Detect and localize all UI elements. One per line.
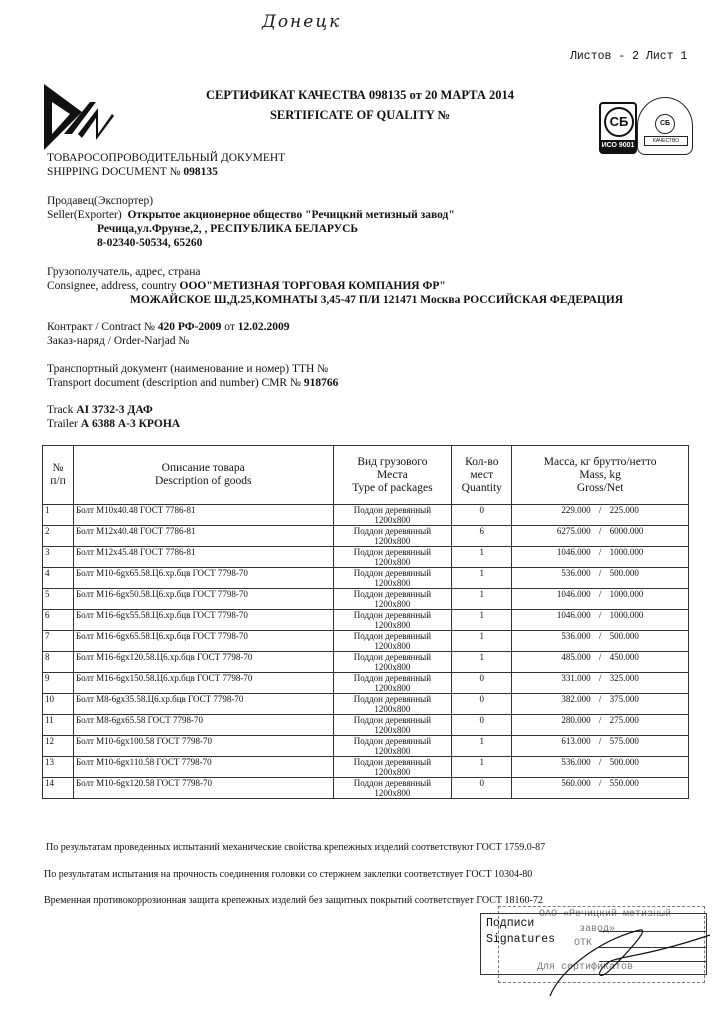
- gross-mass: 560.000: [561, 778, 590, 788]
- handwritten-signature: [540, 920, 720, 1000]
- row-package: Поддон деревянный1200х800: [333, 631, 452, 652]
- consignee-address: МОЖАЙСКОЕ Ш,Д.25,КОМНАТЫ 3,45-47 П/И 121…: [130, 294, 623, 306]
- net-mass: 1000.000: [610, 547, 644, 557]
- handwritten-city-note: Донецк: [262, 12, 341, 32]
- transport-label-ru: Транспортный документ (наименование и но…: [47, 362, 328, 376]
- net-mass: 500.000: [610, 568, 639, 578]
- row-package: Поддон деревянный1200х800: [333, 778, 452, 799]
- row-quantity: 0: [452, 505, 512, 526]
- sheet-info: Листов - 2 Лист 1: [570, 50, 687, 63]
- row-description: Болт М10-6gх65.58.Ц6.хр.бцв ГОСТ 7798-70: [73, 568, 333, 589]
- row-mass: 536.000 / 500.000: [512, 631, 689, 652]
- row-num: 9: [43, 673, 74, 694]
- gross-mass: 536.000: [561, 757, 590, 767]
- quality-mark-seal-icon: СБ КАЧЕСТВО: [637, 97, 693, 155]
- row-mass: 560.000 / 550.000: [512, 778, 689, 799]
- row-num: 10: [43, 694, 74, 715]
- seller-name: Открытое акционерное общество "Речицкий …: [127, 209, 454, 221]
- net-mass: 575.000: [610, 736, 639, 746]
- net-mass: 275.000: [610, 715, 639, 725]
- net-mass: 450.000: [610, 652, 639, 662]
- note-head-strength: По результатам испытания на прочность со…: [44, 868, 532, 882]
- row-quantity: 1: [452, 568, 512, 589]
- table-row: 7Болт М16-6gх65.58.Ц6.хр.бцв ГОСТ 7798-7…: [43, 631, 689, 652]
- row-quantity: 0: [452, 778, 512, 799]
- net-mass: 550.000: [610, 778, 639, 788]
- table-row: 5Болт М16-6gх50.58.Ц6.хр.бцв ГОСТ 7798-7…: [43, 589, 689, 610]
- row-mass: 229.000 / 225.000: [512, 505, 689, 526]
- note-mechanical: По результатам проведенных испытаний мех…: [46, 841, 545, 855]
- net-mass: 1000.000: [610, 610, 644, 620]
- net-mass: 1000.000: [610, 589, 644, 599]
- row-description: Болт М10х40.48 ГОСТ 7786-81: [73, 505, 333, 526]
- contract-from-label: от: [224, 321, 235, 333]
- row-package: Поддон деревянный1200х800: [333, 652, 452, 673]
- net-mass: 375.000: [610, 694, 639, 704]
- gross-mass: 485.000: [561, 652, 590, 662]
- table-row: 12Болт М10-6gх100.58 ГОСТ 7798-70Поддон …: [43, 736, 689, 757]
- seller-line: Seller(Exporter) Открытое акционерное об…: [47, 208, 455, 222]
- net-mass: 225.000: [610, 505, 639, 515]
- net-mass: 500.000: [610, 631, 639, 641]
- consignee-label-en: Consignee, address, country: [47, 280, 177, 292]
- row-mass: 382.000 / 375.000: [512, 694, 689, 715]
- note-corrosion: Временная противокоррозионная защита кре…: [44, 894, 543, 908]
- row-package: Поддон деревянный1200х800: [333, 568, 452, 589]
- row-package: Поддон деревянный1200х800: [333, 505, 452, 526]
- row-quantity: 1: [452, 652, 512, 673]
- row-mass: 485.000 / 450.000: [512, 652, 689, 673]
- row-package: Поддон деревянный1200х800: [333, 589, 452, 610]
- contract-number: 420 РФ-2009: [158, 321, 222, 333]
- row-quantity: 1: [452, 736, 512, 757]
- consignee-label-ru: Грузополучатель, адрес, страна: [47, 265, 201, 279]
- contract-label: Контракт / Contract №: [47, 321, 155, 333]
- row-package: Поддон деревянный1200х800: [333, 526, 452, 547]
- row-num: 11: [43, 715, 74, 736]
- certification-badges: СБ ИСО 9001 СБ КАЧЕСТВО: [597, 97, 707, 155]
- shipping-doc-label-ru: ТОВАРОСОПРОВОДИТЕЛЬНЫЙ ДОКУМЕНТ: [47, 151, 285, 165]
- row-description: Болт М16-6gх65.58.Ц6.хр.бцв ГОСТ 7798-70: [73, 631, 333, 652]
- table-row: 8Болт М16-6gх120.58.Ц6.хр.бцв ГОСТ 7798-…: [43, 652, 689, 673]
- row-mass: 536.000 / 500.000: [512, 568, 689, 589]
- seller-label-ru: Продавец(Экспортер): [47, 194, 153, 208]
- consignee-line: Consignee, address, country ООО"МЕТИЗНАЯ…: [47, 279, 446, 293]
- row-description: Болт М10-6gх120.58 ГОСТ 7798-70: [73, 778, 333, 799]
- table-row: 10Болт М8-6gх35.58.Ц6.хр.бцв ГОСТ 7798-7…: [43, 694, 689, 715]
- header-pkg: Вид грузовогоМестаType of packages: [333, 446, 452, 505]
- trailer-label: Trailer: [47, 418, 78, 430]
- gross-mass: 229.000: [561, 505, 590, 515]
- row-quantity: 1: [452, 547, 512, 568]
- net-mass: 325.000: [610, 673, 639, 683]
- row-description: Болт М10-6gх110.58 ГОСТ 7798-70: [73, 757, 333, 778]
- row-quantity: 1: [452, 610, 512, 631]
- row-description: Болт М10-6gх100.58 ГОСТ 7798-70: [73, 736, 333, 757]
- header-desc: Описание товараDescription of goods: [73, 446, 333, 505]
- header-num: №п/п: [43, 446, 74, 505]
- row-description: Болт М16-6gх150.58.Ц6.хр.бцв ГОСТ 7798-7…: [73, 673, 333, 694]
- table-row: 14Болт М10-6gх120.58 ГОСТ 7798-70Поддон …: [43, 778, 689, 799]
- row-num: 3: [43, 547, 74, 568]
- transport-label-en: Transport document (description and numb…: [47, 377, 301, 389]
- goods-table: №п/п Описание товараDescription of goods…: [42, 445, 689, 799]
- gross-mass: 1046.000: [557, 610, 591, 620]
- table-row: 13Болт М10-6gх110.58 ГОСТ 7798-70Поддон …: [43, 757, 689, 778]
- order-label: Заказ-наряд / Order-Narjad №: [47, 334, 189, 348]
- row-description: Болт М16-6gх50.58.Ц6.хр.бцв ГОСТ 7798-70: [73, 589, 333, 610]
- row-num: 5: [43, 589, 74, 610]
- row-quantity: 0: [452, 673, 512, 694]
- row-description: Болт М16-6gх120.58.Ц6.хр.бцв ГОСТ 7798-7…: [73, 652, 333, 673]
- row-num: 12: [43, 736, 74, 757]
- gross-mass: 1046.000: [557, 547, 591, 557]
- row-num: 4: [43, 568, 74, 589]
- net-mass: 500.000: [610, 757, 639, 767]
- contract-line: Контракт / Contract № 420 РФ-2009 от 12.…: [47, 320, 290, 334]
- row-num: 8: [43, 652, 74, 673]
- row-num: 14: [43, 778, 74, 799]
- net-mass: 6000.000: [610, 526, 644, 536]
- gross-mass: 1046.000: [557, 589, 591, 599]
- table-row: 11Болт М8-6gх65.58 ГОСТ 7798-70Поддон де…: [43, 715, 689, 736]
- row-package: Поддон деревянный1200х800: [333, 736, 452, 757]
- shipping-doc-label-en: SHIPPING DOCUMENT №: [47, 166, 180, 178]
- row-package: Поддон деревянный1200х800: [333, 673, 452, 694]
- row-mass: 280.000 / 275.000: [512, 715, 689, 736]
- row-description: Болт М16-6gх55.58.Ц6.хр.бцв ГОСТ 7798-70: [73, 610, 333, 631]
- gross-mass: 536.000: [561, 631, 590, 641]
- gross-mass: 331.000: [561, 673, 590, 683]
- table-row: 3Болт М12х45.48 ГОСТ 7786-81Поддон дерев…: [43, 547, 689, 568]
- row-quantity: 1: [452, 589, 512, 610]
- signatures-label-ru: Подписи: [486, 917, 534, 930]
- contract-date: 12.02.2009: [238, 321, 290, 333]
- table-row: 9Болт М16-6gх150.58.Ц6.хр.бцв ГОСТ 7798-…: [43, 673, 689, 694]
- seller-address: Речица,ул.Фрунзе,2, , РЕСПУБЛИКА БЕЛАРУС…: [97, 223, 358, 235]
- row-package: Поддон деревянный1200х800: [333, 715, 452, 736]
- row-package: Поддон деревянный1200х800: [333, 610, 452, 631]
- track-label: Track: [47, 404, 73, 416]
- track-value: AI 3732-3 ДАФ: [76, 404, 152, 416]
- row-mass: 6275.000 / 6000.000: [512, 526, 689, 547]
- seller-label-en: Seller(Exporter): [47, 209, 122, 221]
- row-num: 7: [43, 631, 74, 652]
- row-package: Поддон деревянный1200х800: [333, 547, 452, 568]
- table-row: 6Болт М16-6gх55.58.Ц6.хр.бцв ГОСТ 7798-7…: [43, 610, 689, 631]
- stb-iso-9001-icon: СБ ИСО 9001: [599, 102, 637, 154]
- row-package: Поддон деревянный1200х800: [333, 757, 452, 778]
- row-quantity: 1: [452, 757, 512, 778]
- gross-mass: 613.000: [561, 736, 590, 746]
- row-mass: 1046.000 / 1000.000: [512, 589, 689, 610]
- gross-mass: 6275.000: [557, 526, 591, 536]
- row-num: 2: [43, 526, 74, 547]
- row-package: Поддон деревянный1200х800: [333, 694, 452, 715]
- row-num: 13: [43, 757, 74, 778]
- row-mass: 1046.000 / 1000.000: [512, 610, 689, 631]
- gross-mass: 280.000: [561, 715, 590, 725]
- trailer-value: А 6388 А-3 КРОНА: [81, 418, 180, 430]
- table-header-row: №п/п Описание товараDescription of goods…: [43, 446, 689, 505]
- table-row: 1Болт М10х40.48 ГОСТ 7786-81Поддон дерев…: [43, 505, 689, 526]
- certificate-title-en: SERTIFICATE OF QUALITY №: [130, 108, 590, 123]
- row-mass: 1046.000 / 1000.000: [512, 547, 689, 568]
- row-quantity: 1: [452, 631, 512, 652]
- table-row: 4Болт М10-6gх65.58.Ц6.хр.бцв ГОСТ 7798-7…: [43, 568, 689, 589]
- consignee-name: ООО"МЕТИЗНАЯ ТОРГОВАЯ КОМПАНИЯ ФР": [180, 280, 446, 292]
- shipping-doc-number: 098135: [183, 166, 218, 178]
- trailer-line: Trailer А 6388 А-3 КРОНА: [47, 417, 180, 431]
- transport-line: Transport document (description and numb…: [47, 376, 338, 390]
- row-mass: 613.000 / 575.000: [512, 736, 689, 757]
- row-description: Болт М8-6gх35.58.Ц6.хр.бцв ГОСТ 7798-70: [73, 694, 333, 715]
- header-qty: Кол-воместQuantity: [452, 446, 512, 505]
- gross-mass: 536.000: [561, 568, 590, 578]
- table-row: 2Болт М12х40.48 ГОСТ 7786-81Поддон дерев…: [43, 526, 689, 547]
- certificate-title-ru: СЕРТИФИКАТ КАЧЕСТВА 098135 от 20 МАРТА 2…: [130, 88, 590, 103]
- gross-mass: 382.000: [561, 694, 590, 704]
- seller-phone: 8-02340-50534, 65260: [97, 237, 202, 249]
- row-description: Болт М12х45.48 ГОСТ 7786-81: [73, 547, 333, 568]
- row-mass: 536.000 / 500.000: [512, 757, 689, 778]
- row-num: 1: [43, 505, 74, 526]
- row-description: Болт М8-6gх65.58 ГОСТ 7798-70: [73, 715, 333, 736]
- cmr-number: 918766: [304, 377, 339, 389]
- track-line: Track AI 3732-3 ДАФ: [47, 403, 153, 417]
- row-quantity: 0: [452, 694, 512, 715]
- row-description: Болт М12х40.48 ГОСТ 7786-81: [73, 526, 333, 547]
- dm-logo-icon: [42, 82, 114, 152]
- row-quantity: 0: [452, 715, 512, 736]
- shipping-doc-line: SHIPPING DOCUMENT № 098135: [47, 165, 218, 179]
- header-mass: Масса, кг брутто/неттоMass, kgGross/Net: [512, 446, 689, 505]
- row-quantity: 6: [452, 526, 512, 547]
- row-num: 6: [43, 610, 74, 631]
- row-mass: 331.000 / 325.000: [512, 673, 689, 694]
